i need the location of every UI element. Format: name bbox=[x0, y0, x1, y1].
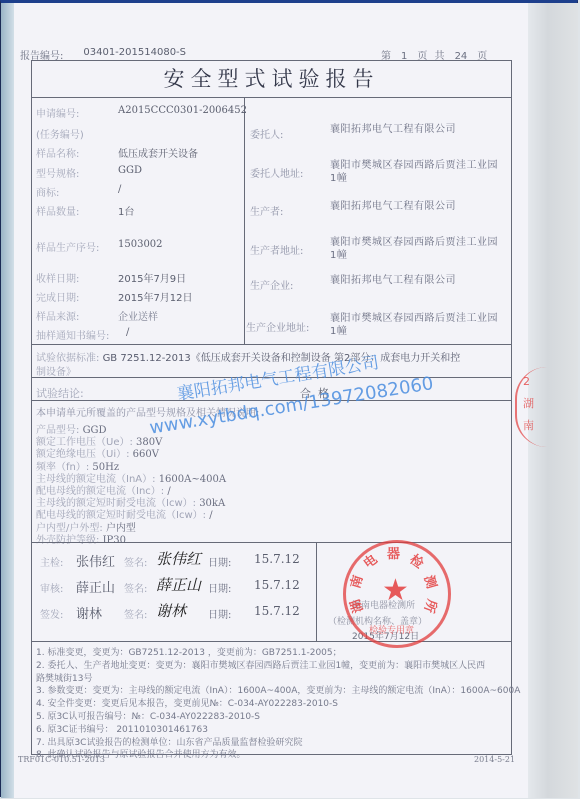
completed-date: 2015年7月12日 bbox=[118, 289, 193, 304]
spec-label: 外壳防护等级: bbox=[36, 535, 99, 546]
star-icon: ★ bbox=[382, 573, 409, 608]
date-label: 日期: bbox=[208, 606, 231, 621]
note-item: 6. 原3C证书编号： 2011010301461763 bbox=[36, 722, 208, 735]
test-standard: 试验依据标准: GB 7251.12-2013《低压成套开关设备和控制设备 第2… bbox=[36, 349, 460, 364]
date-label: 日期: bbox=[208, 554, 231, 569]
note-item: 路樊城街13号 bbox=[36, 671, 92, 684]
signer-name: 薛正山 bbox=[76, 577, 115, 596]
sample-serial: 1503002 bbox=[118, 239, 163, 250]
field-label: 收样日期: bbox=[36, 270, 79, 285]
client-address: 襄阳市樊城区春园西路后贾洼工业园1幢 bbox=[330, 159, 498, 185]
conclusion-label: 试验结论: bbox=[36, 385, 84, 401]
field-label: 委托人地址: bbox=[250, 165, 303, 180]
note-item: 5. 原3C认可报告编号：№：C-034-AY022283-2010-S bbox=[36, 709, 260, 722]
sign-label: 签名: bbox=[124, 606, 147, 621]
note-item: 2. 委托人、生产者地址变更：变更为：襄阳市樊城区春园西路后贾洼工业园1幢，变更… bbox=[36, 658, 485, 671]
sign-label: 签名: bbox=[124, 554, 147, 569]
seal-char: 湖 bbox=[523, 395, 534, 411]
test-standard-cont: 制设备》 bbox=[36, 363, 76, 378]
field-label: 样品数量: bbox=[36, 203, 79, 218]
sign-date: 15.7.12 bbox=[254, 552, 300, 566]
column-divider bbox=[244, 98, 245, 344]
sample-source: 企业送样 bbox=[118, 308, 158, 323]
application-number: A2015CCC0301-2006452 bbox=[118, 105, 247, 116]
spec-value: 660V bbox=[133, 449, 159, 460]
producer-name: 襄阳拓邦电气工程有限公司 bbox=[330, 200, 498, 213]
field-label: 商标: bbox=[36, 184, 59, 199]
trademark: / bbox=[118, 184, 121, 195]
received-date: 2015年7月9日 bbox=[118, 270, 186, 285]
note-item: 4. 安全件变更：变更后见本报告，变更前见№：C-034-AY022283-20… bbox=[36, 696, 338, 709]
role-label: 审核: bbox=[40, 580, 63, 595]
field-label: 生产者: bbox=[250, 203, 283, 218]
divider bbox=[32, 344, 511, 345]
seal-label: 检验专用章 bbox=[369, 623, 414, 636]
field-label: 申请编号: bbox=[36, 105, 79, 120]
sample-name: 低压成套开关设备 bbox=[118, 145, 198, 160]
seal-char: 器 bbox=[387, 543, 400, 562]
role-label: 签发: bbox=[40, 606, 63, 621]
manufacturer-name: 襄阳拓邦电气工程有限公司 bbox=[330, 274, 498, 287]
handwritten-signature: 张伟红 bbox=[156, 548, 201, 569]
producer-address: 襄阳市樊城区春园西路后贾洼工业园1幢 bbox=[330, 236, 498, 262]
handwritten-signature: 谢林 bbox=[156, 600, 186, 621]
spec-item: 外壳防护等级: IP30 bbox=[36, 531, 126, 546]
signer-name: 谢林 bbox=[76, 603, 102, 622]
document-title: 安全型式试验报告 bbox=[32, 61, 511, 98]
role-label: 主检: bbox=[40, 554, 63, 569]
field-label: 型号规格: bbox=[36, 165, 79, 180]
report-number-value: 03401-201514080-S bbox=[83, 47, 186, 58]
divider bbox=[32, 641, 511, 642]
field-label: 样品来源: bbox=[36, 308, 79, 323]
spec-value: IP30 bbox=[103, 535, 126, 546]
divider bbox=[32, 542, 511, 543]
field-label: 样品生产序号: bbox=[36, 239, 99, 254]
form-date: 2014-5-21 bbox=[474, 755, 515, 764]
field-label: 生产企业地址: bbox=[246, 319, 309, 334]
field-label: 样品名称: bbox=[36, 145, 79, 160]
sign-date: 15.7.12 bbox=[254, 604, 300, 618]
model-spec: GGD bbox=[118, 165, 142, 176]
sign-date: 15.7.12 bbox=[254, 578, 300, 592]
note-item: 3. 参数变更：变更为：主母线的额定电流（InA）：1600A~400A，变更前… bbox=[36, 683, 520, 696]
field-label: 生产者地址: bbox=[250, 242, 303, 257]
form-code: TRF01C-010.51-2013 bbox=[18, 755, 105, 764]
field-label: (任务编号) bbox=[36, 126, 84, 141]
seal-char: 2 bbox=[523, 375, 530, 388]
manufacturer-address: 襄阳市樊城区春园西路后贾洼工业园1幢 bbox=[330, 312, 498, 338]
note-item: 7. 出具原3C试验报告的检测单位：山东省产品质量监督检验研究院 bbox=[36, 735, 302, 748]
sample-quantity: 1台 bbox=[118, 203, 134, 218]
handwritten-signature: 薛正山 bbox=[156, 574, 201, 595]
field-label: 完成日期: bbox=[36, 289, 79, 304]
seal-char: 南 bbox=[523, 417, 534, 433]
field-label: 生产企业: bbox=[250, 277, 293, 292]
signer-name: 张伟红 bbox=[76, 551, 115, 570]
sign-label: 签名: bbox=[124, 580, 147, 595]
field-label: 抽样通知书编号: bbox=[36, 327, 109, 342]
scanner-left-edge bbox=[1, 3, 15, 798]
note-item: 1. 标准变更，变更为：GB7251.12-2013 ，变更前为：GB7251.… bbox=[36, 645, 342, 658]
field-label: 委托人: bbox=[250, 126, 283, 141]
spec-value: / bbox=[209, 510, 212, 521]
date-label: 日期: bbox=[208, 580, 231, 595]
column-divider bbox=[316, 542, 317, 641]
sampling-notice-number: / bbox=[126, 327, 129, 338]
client-name: 襄阳拓邦电气工程有限公司 bbox=[330, 123, 498, 136]
